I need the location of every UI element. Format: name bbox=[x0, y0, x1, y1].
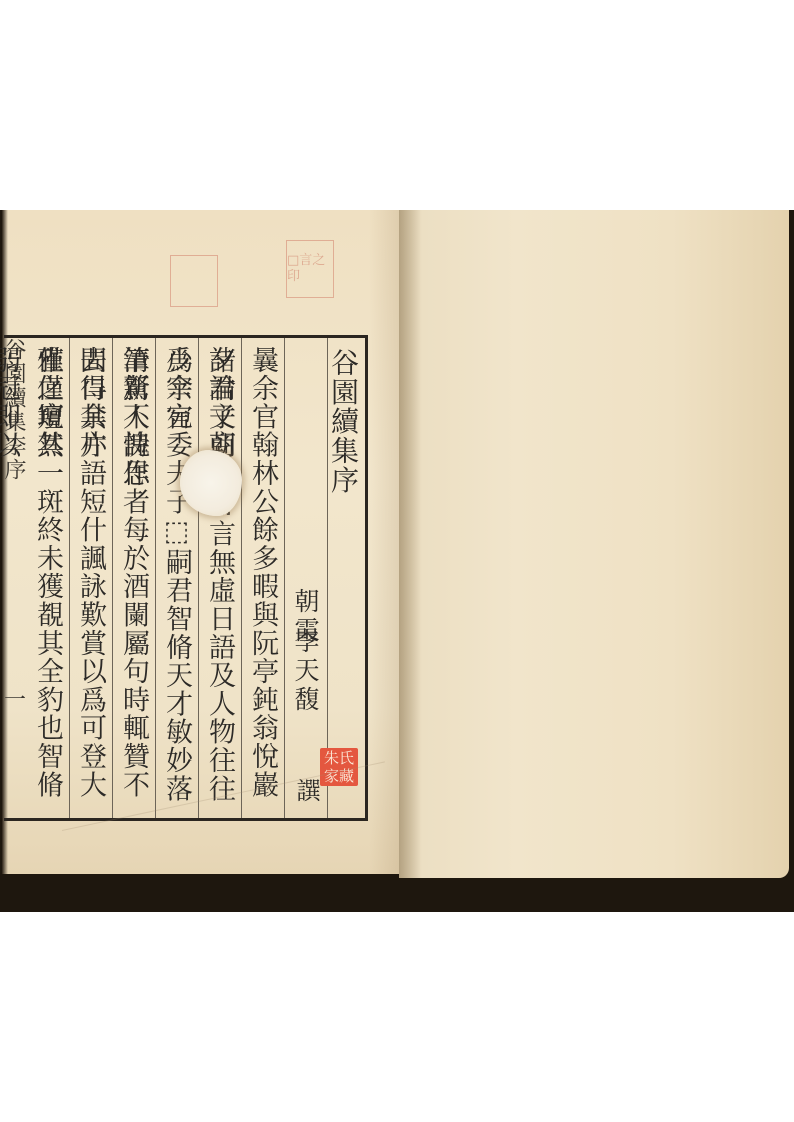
left-page: □言之 印 谷園續集李序 一 僅僅窺其一斑終未獲覩其全豹也智脩弱冠即以 間得其片… bbox=[2, 210, 399, 874]
preface-title: 谷園續集序 bbox=[328, 348, 365, 495]
column-text: 曩余官翰林公餘多暇與阮亭鈍翁悅巖諸君子朝 bbox=[242, 346, 284, 818]
title-column: 谷園續集序 bbox=[327, 338, 365, 818]
right-page-blank bbox=[399, 210, 789, 878]
author-column: 朝霞 李天馥 譔 bbox=[284, 338, 327, 818]
red-collector-seal: 朱氏 家藏 bbox=[320, 748, 358, 786]
text-frame: 僅僅窺其一斑終未獲覩其全豹也智脩弱冠即以 間得其片語短什諷詠歎賞以爲可登大雅之壇… bbox=[4, 335, 368, 821]
author-name: 李天馥 bbox=[285, 628, 327, 715]
book-scan: □言之 印 谷園續集李序 一 僅僅窺其一斑終未獲覩其全豹也智脩弱冠即以 間得其片… bbox=[0, 210, 794, 912]
faint-seal-right: □言之 印 bbox=[286, 240, 334, 298]
text-column-1: 曩余官翰林公餘多暇與阮亭鈍翁悅巖諸君子朝 bbox=[241, 338, 284, 818]
faint-seal-left bbox=[170, 255, 218, 307]
